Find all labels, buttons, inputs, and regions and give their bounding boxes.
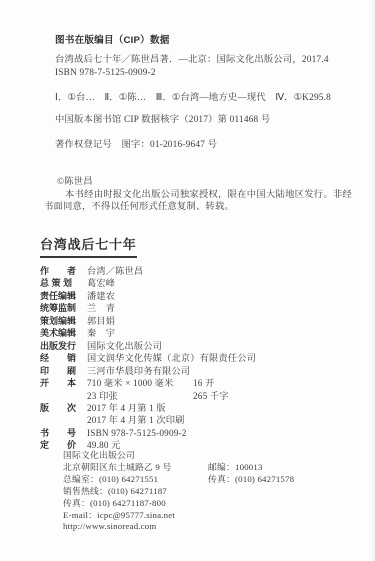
cip-block: 图书在版编目（CIP）数据 台湾战后七十年／陈世昌著．—北京：国际文化出版公司，… [55,34,359,152]
colophon-row-chief-planner: 总 策 划葛宏峰 [40,277,361,289]
colophon-row-sheets: 23 印张265 千字 [40,390,361,402]
colophon-row-planning-editor: 策划编辑郭目娟 [40,315,361,327]
contact-row: 国际文化出版公司 [63,450,367,462]
row-value: 秦 宇 [87,328,115,338]
row-label: 责任编辑 [40,290,77,302]
row-value: 23 印张 [87,390,193,402]
row-value: 2017 年 4 月第 1 版 [87,403,166,413]
row-value: 潘建农 [87,291,115,301]
row-value: 710 毫米 × 1000 毫米 [87,377,193,389]
colophon-row-format: 开 本710 毫米 × 1000 毫米16 开 [40,377,361,389]
copyright-registration-number: 著作权登记号 图字：01-2016-9647 号 [55,139,359,152]
row-label: 作 者 [40,265,77,277]
cip-record-number: 中国版本图书馆 CIP 数据核字（2017）第 011468 号 [55,114,359,127]
colophon-row-printer: 印 刷三河市华晨印务有限公司 [40,365,361,377]
contact-row: http://www.sinoread.com [63,521,367,533]
colophon-row-distributor: 经 销国文润华文化传媒（北京）有限责任公司 [40,352,361,364]
colophon-row-author: 作 者台湾／陈世昌 [40,265,361,277]
colophon-row-supervisor: 统筹监制兰 青 [40,302,361,314]
colophon-row-responsible-editor: 责任编辑潘建农 [40,290,361,302]
row-value: 三河市华晨印务有限公司 [87,366,190,376]
row-value: 郭目娟 [87,316,115,326]
row-label: 策划编辑 [40,315,77,327]
row-value: 葛宏峰 [87,278,115,288]
colophon-block: 台湾战后七十年 作 者台湾／陈世昌 总 策 划葛宏峰 责任编辑潘建农 统筹监制兰… [40,234,361,452]
row-label: 版 次 [40,402,77,414]
row-value: 国文润华文化传媒（北京）有限责任公司 [87,353,256,363]
book-title: 台湾战后七十年 [40,234,137,258]
row-value-2: 265 千字 [193,391,229,401]
publisher-name: 国际文化出版公司 [63,450,208,462]
row-value: 台湾／陈世昌 [87,266,143,276]
license-block: ©陈世昌 本书经由时报文化出版公司独家授权，限在中国大陆地区发行。非经书面同意，… [44,176,352,214]
contact-row: 传真：(010) 64271187-800 [63,498,367,510]
row-value-2: 16 开 [193,378,214,388]
row-label: 印 刷 [40,365,77,377]
website-url: http://www.sinoread.com [63,521,208,533]
colophon-row-isbn: 书 号ISBN 978-7-5125-0909-2 [40,427,361,439]
editorial-office-phone: 总编室：(010) 64271551 [63,474,208,486]
colophon-row-publisher: 出版发行国际文化出版公司 [40,340,361,352]
cip-classification: Ⅰ．①台… Ⅱ．①陈… Ⅲ．①台湾—地方史—现代 Ⅳ．①K295.8 [55,92,359,105]
email-address: E-mail：icpc@95777.sina.net [63,510,208,522]
cip-title-line: 台湾战后七十年／陈世昌著．—北京：国际文化出版公司，2017.4 [55,54,359,67]
row-value: 49.80 元 [87,440,121,450]
contact-row: 销售热线：(010) 64271187 [63,486,367,498]
row-value: 国际文化出版公司 [87,341,162,351]
row-value: ISBN 978-7-5125-0909-2 [87,428,187,438]
row-label: 开 本 [40,377,77,389]
copyright-holder: ©陈世昌 [57,176,352,188]
publisher-address: 北京朝阳区东土城路乙 9 号 [63,462,208,474]
colophon-row-edition: 版 次2017 年 4 月第 1 版 [40,402,361,414]
postcode: 邮编：100013 [208,462,367,474]
publisher-contact-block: 国际文化出版公司 北京朝阳区东土城路乙 9 号 邮编：100013 总编室：(0… [63,450,367,533]
contact-row: E-mail：icpc@95777.sina.net [63,510,367,522]
fax-number-sales: 传真：(010) 64271187-800 [63,498,208,510]
row-label: 书 号 [40,427,77,439]
contact-row: 北京朝阳区东土城路乙 9 号 邮编：100013 [63,462,367,474]
colophon-row-printing: 2017 年 4 月第 1 次印刷 [40,414,361,426]
sales-hotline: 销售热线：(010) 64271187 [63,486,208,498]
cip-isbn-line: ISBN 978-7-5125-0909-2 [55,67,359,80]
row-label: 出版发行 [40,340,77,352]
contact-row: 总编室：(010) 64271551 传真：(010) 64271578 [63,474,367,486]
row-label: 美术编辑 [40,327,77,339]
colophon-row-art-editor: 美术编辑秦 宇 [40,327,361,339]
row-label: 总 策 划 [40,277,77,289]
row-value: 兰 青 [87,303,115,313]
license-statement: 本书经由时报文化出版公司独家授权，限在中国大陆地区发行。非经书面同意，不得以任何… [44,189,352,213]
fax-number-main: 传真：(010) 64271578 [208,474,367,486]
cip-header: 图书在版编目（CIP）数据 [55,34,359,47]
colophon-rows: 作 者台湾／陈世昌 总 策 划葛宏峰 责任编辑潘建农 统筹监制兰 青 策划编辑郭… [40,265,361,452]
book-copyright-page: 图书在版编目（CIP）数据 台湾战后七十年／陈世昌著．—北京：国际文化出版公司，… [0,0,375,561]
row-label: 经 销 [40,352,77,364]
row-label: 统筹监制 [40,302,77,314]
row-value: 2017 年 4 月第 1 次印刷 [87,415,185,425]
